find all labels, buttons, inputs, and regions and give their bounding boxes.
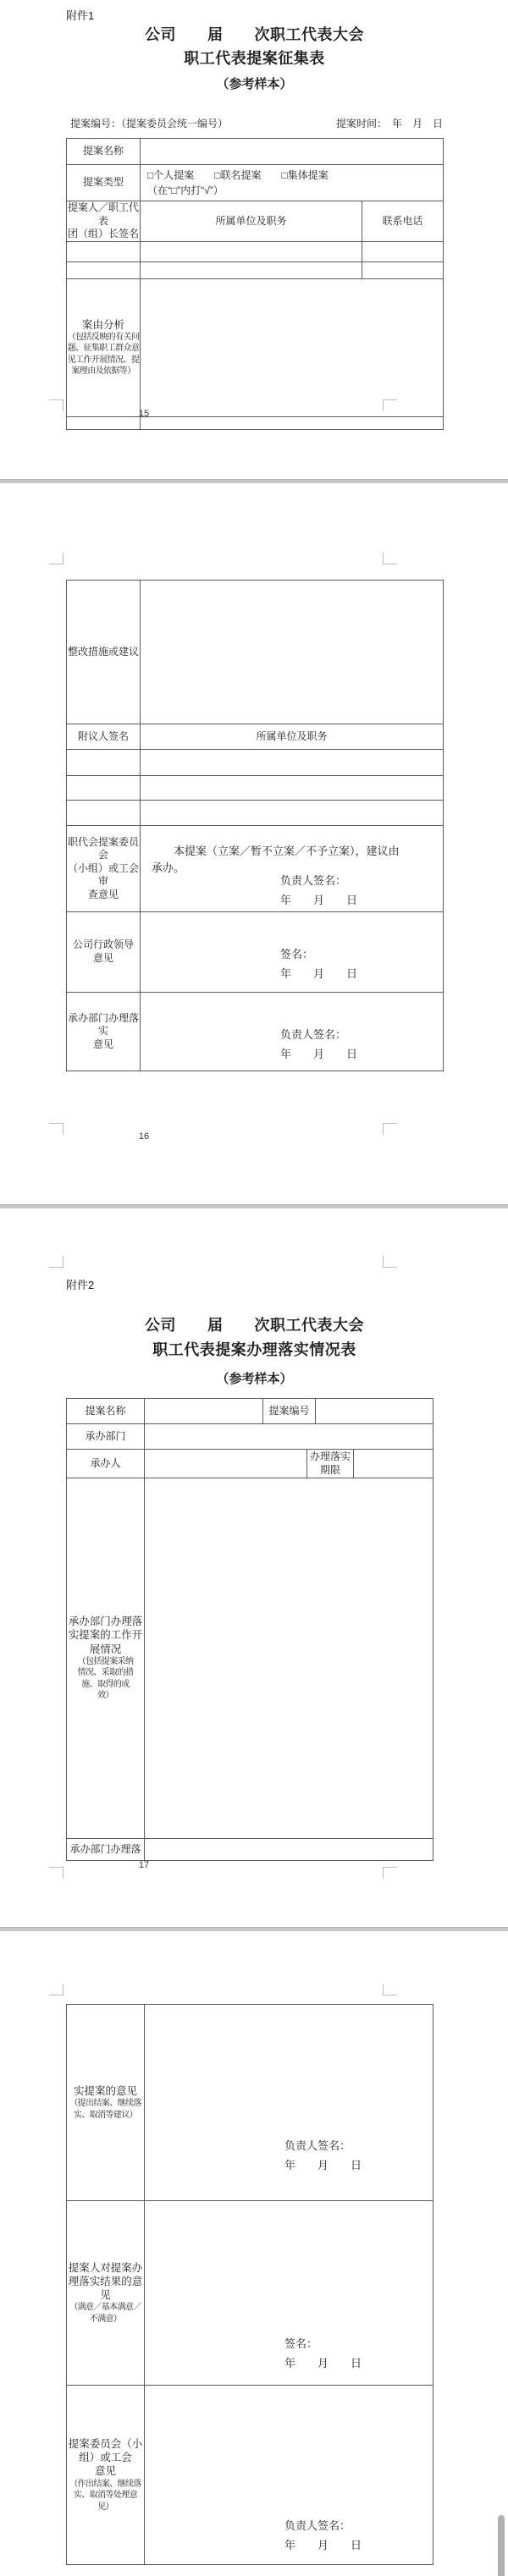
table-row: 职代会提案委员会 （小组）或工会审 查意见 本提案（立案／暂不立案／不予立案），… [67, 826, 444, 912]
cell-value [145, 1839, 433, 1861]
meta-row: 提案编号：（提案委员会统一编号） 提案时间： 年 月 日 [66, 116, 443, 130]
review-opinion-text: 本提案（立案／暂不立案／不予立案），建议由 承办。 [141, 826, 443, 877]
table-row: 实提案的意见 （提出结案、继续落 实、取消等建议） 负责人签名： 年 月 日 [67, 2005, 433, 2201]
date-label: 年 月 日 [284, 2353, 362, 2373]
signature-label: 负责人签名： [280, 871, 357, 890]
table-row: 提案名称 提案编号 [67, 1399, 433, 1424]
cell-value [145, 1450, 307, 1478]
signature-block: 负责人签名： 年 月 日 [280, 871, 357, 910]
implementation-table-cont: 实提案的意见 （提出结案、继续落 实、取消等建议） 负责人签名： 年 月 日 提… [66, 2004, 433, 2565]
table-header-row: 提案人／职工代表 团（组）长签名 所属单位及职务 联系电话 [67, 201, 444, 242]
table-row: 承办部门 [67, 1424, 433, 1450]
proposal-number-label: 提案编号：（提案委员会统一编号） [66, 116, 228, 130]
table-row [67, 801, 444, 826]
cell-label: 提案委员会（小 组）或工会 意见 （作出结案、继续落 实、取消等处理意 见） [67, 2386, 145, 2565]
cell-value [141, 776, 444, 801]
label-main: 提案人对提案办 理落实结果的意 见 [67, 2261, 144, 2303]
cell-label: 附议人签名 [67, 724, 141, 750]
cell-label: 提案名称 [67, 1399, 145, 1424]
cell-value [67, 750, 141, 776]
cell-value [141, 581, 444, 724]
label-note: （包括提案采纳 情况、采取的措 施、取得的成 效） [67, 1656, 144, 1702]
table-row: 承办部门办理落实 意见 负责人签名： 年 月 日 [67, 993, 444, 1071]
label-note: （满意／基本满意／ 不满意） [67, 2302, 144, 2325]
table-row: 承办人 办理落实 期限 [67, 1450, 433, 1478]
doc-title-line2: 职工代表提案办理落实情况表 [66, 1338, 443, 1360]
cell-value [145, 1399, 263, 1424]
handling-opinion-cell: 负责人签名： 年 月 日 [141, 993, 444, 1071]
cell-value [141, 139, 444, 165]
table-row: 承办部门办理落 实提案的工作开 展情况 （包括提案采纳 情况、采取的措 施、取得… [67, 1478, 433, 1839]
label-main: 案由分析 [67, 318, 140, 332]
vertical-scrollbar-thumb[interactable] [498, 2515, 505, 2576]
crop-mark [49, 1984, 63, 1995]
date-label: 年 月 日 [280, 890, 357, 910]
column-header: 所属单位及职务 [141, 201, 362, 242]
table-row: 承办部门办理落 [67, 1839, 433, 1861]
signature-block: 签名： 年 月 日 [280, 944, 357, 983]
cell-label-split: 承办部门办理落 [67, 1839, 145, 1861]
attachment-label-2: 附件2 [66, 1276, 94, 1292]
cell-label: 承办人 [67, 1450, 145, 1478]
label-note: （包括反映的有关问 题、征集职工群众意 见工作开展情况、提 案理由及依据等） [67, 332, 140, 377]
cell-label: 实提案的意见 （提出结案、继续落 实、取消等建议） [67, 2005, 145, 2201]
doc-subtitle: （参考样本） [66, 74, 443, 92]
table-row: 案由分析 （包括反映的有关问 题、征集职工群众意 见工作开展情况、提 案理由及依… [67, 278, 444, 416]
column-header: 联系电话 [362, 201, 444, 242]
table-row: 整改措施或建议 [67, 581, 444, 724]
cell-label: 提案人／职工代表 团（组）长签名 [67, 201, 141, 242]
cell-value [67, 416, 141, 429]
signature-block: 负责人签名： 年 月 日 [280, 1025, 357, 1064]
label-main: 提案委员会（小 组）或工会 意见 [67, 2437, 144, 2479]
document-viewer: 附件1 公司 届 次职工代表大会 职工代表提案征集表 （参考样本） 提案编号：（… [0, 0, 508, 2576]
checkbox-options: □个人提案 □联名提案 □集体提案 （在“□”内打“√”） [141, 165, 443, 201]
cell-value [362, 241, 444, 261]
table-header-row: 附议人签名 所属单位及职务 [67, 724, 444, 750]
page-3: 附件2 公司 届 次职工代表大会 职工代表提案办理落实情况表 （参考样本） 提案… [0, 1208, 508, 1927]
signature-block: 负责人签名： 年 月 日 [284, 2516, 362, 2555]
label-note: （作出结案、继续落 实、取消等处理意 见） [67, 2479, 144, 2513]
proposal-type-options: □个人提案 □联名提案 □集体提案 （在“□”内打“√”） [141, 165, 444, 201]
page-1: 附件1 公司 届 次职工代表大会 职工代表提案征集表 （参考样本） 提案编号：（… [0, 0, 508, 479]
crop-mark [49, 1123, 63, 1135]
cell-value [354, 1450, 433, 1478]
cell-label: 提案名称 [67, 139, 141, 165]
date-label: 年 月 日 [280, 1044, 357, 1064]
page-number: 17 [131, 1860, 157, 1870]
date-label: 年 月 日 [284, 2535, 362, 2555]
signature-label: 负责人签名： [284, 2516, 362, 2535]
cell-value [141, 261, 362, 278]
cell-label: 提案人对提案办 理落实结果的意 见 （满意／基本满意／ 不满意） [67, 2201, 145, 2386]
table-row [67, 261, 444, 278]
proposal-collection-table: 提案名称 提案类型 □个人提案 □联名提案 □集体提案 （在“□”内打“√”） … [66, 138, 444, 430]
cell-label: 承办部门 [67, 1424, 145, 1450]
cell-label: 提案类型 [67, 165, 141, 201]
committee-opinion-cell: 负责人签名： 年 月 日 [145, 2386, 433, 2565]
table-row [67, 776, 444, 801]
cell-value [141, 241, 362, 261]
table-row [67, 750, 444, 776]
cell-label: 职代会提案委员会 （小组）或工会审 查意见 [67, 826, 141, 912]
attachment-label-1: 附件1 [66, 7, 94, 23]
date-label: 年 月 日 [280, 964, 357, 983]
label-main: 承办部门办理落 实提案的工作开 展情况 [67, 1615, 144, 1656]
admin-opinion-cell: 签名： 年 月 日 [141, 912, 444, 993]
signature-label: 负责人签名： [280, 1025, 357, 1044]
crop-mark [49, 1256, 63, 1268]
cell-value [145, 1478, 433, 1839]
table-row: 提案委员会（小 组）或工会 意见 （作出结案、继续落 实、取消等处理意 见） 负… [67, 2386, 433, 2565]
crop-mark [49, 1867, 63, 1879]
label-main: 实提案的意见 [67, 2084, 144, 2098]
cell-label: 公司行政领导 意见 [67, 912, 141, 993]
cell-label: 承办部门办理落 实提案的工作开 展情况 （包括提案采纳 情况、采取的措 施、取得… [67, 1478, 145, 1839]
signature-block: 负责人签名： 年 月 日 [284, 2136, 362, 2175]
signature-label: 签名： [284, 2334, 362, 2353]
cell-value [362, 261, 444, 278]
doc-title-line1: 公司 届 次职工代表大会 [66, 1313, 443, 1335]
page-number: 16 [131, 1131, 157, 1142]
crop-mark [383, 1256, 397, 1268]
table-row: 公司行政领导 意见 签名： 年 月 日 [67, 912, 444, 993]
doc-subtitle: （参考样本） [66, 1369, 443, 1387]
table-row: 提案人对提案办 理落实结果的意 见 （满意／基本满意／ 不满意） 签名： 年 月… [67, 2201, 433, 2386]
crop-mark [383, 399, 397, 411]
cell-value [67, 776, 141, 801]
cell-value [67, 261, 141, 278]
table-row [67, 241, 444, 261]
cell-value [141, 801, 444, 826]
date-label: 年 月 日 [284, 2155, 362, 2175]
cell-value [67, 241, 141, 261]
doc-title-line2: 职工代表提案征集表 [66, 47, 443, 69]
crop-mark [49, 553, 63, 564]
signature-label: 负责人签名： [284, 2136, 362, 2155]
page-number: 15 [131, 409, 157, 419]
proposal-time-label: 提案时间： 年 月 日 [336, 116, 443, 130]
page-4: 实提案的意见 （提出结案、继续落 实、取消等建议） 负责人签名： 年 月 日 提… [0, 1931, 508, 2576]
crop-mark [383, 1123, 397, 1135]
table-row [67, 416, 444, 429]
page-2: 整改措施或建议 附议人签名 所属单位及职务 职代会提案委员会 （小组）或工会审 … [0, 483, 508, 1204]
cell-value [67, 801, 141, 826]
table-row: 提案名称 [67, 139, 444, 165]
proposal-collection-table-cont: 整改措施或建议 附议人签名 所属单位及职务 职代会提案委员会 （小组）或工会审 … [66, 580, 444, 1071]
crop-mark [383, 553, 397, 564]
cell-value [316, 1399, 433, 1424]
cell-label: 整改措施或建议 [67, 581, 141, 724]
review-opinion-cell: 本提案（立案／暂不立案／不予立案），建议由 承办。 负责人签名： 年 月 日 [141, 826, 444, 912]
cell-value [141, 278, 444, 416]
table-row: 提案类型 □个人提案 □联名提案 □集体提案 （在“□”内打“√”） [67, 165, 444, 201]
crop-mark [49, 399, 63, 411]
doc-title-line1: 公司 届 次职工代表大会 [66, 23, 443, 45]
cell-label: 办理落实 期限 [307, 1450, 354, 1478]
signature-block: 签名： 年 月 日 [284, 2334, 362, 2373]
cell-label: 提案编号 [263, 1399, 316, 1424]
cell-value [145, 1424, 433, 1450]
cell-label: 案由分析 （包括反映的有关问 题、征集职工群众意 见工作开展情况、提 案理由及依… [67, 278, 141, 416]
cell-value [141, 750, 444, 776]
crop-mark [383, 1984, 397, 1995]
label-note: （提出结案、继续落 实、取消等建议） [67, 2098, 144, 2121]
implementation-table: 提案名称 提案编号 承办部门 承办人 办理落实 期限 承办部门办理落 实提案的工… [66, 1398, 433, 1861]
cell-value [141, 416, 444, 429]
signature-label: 签名： [280, 944, 357, 964]
cell-label: 承办部门办理落实 意见 [67, 993, 141, 1071]
column-header: 所属单位及职务 [141, 724, 444, 750]
opinion-cell: 负责人签名： 年 月 日 [145, 2005, 433, 2201]
crop-mark [383, 1867, 397, 1879]
proposer-opinion-cell: 签名： 年 月 日 [145, 2201, 433, 2386]
